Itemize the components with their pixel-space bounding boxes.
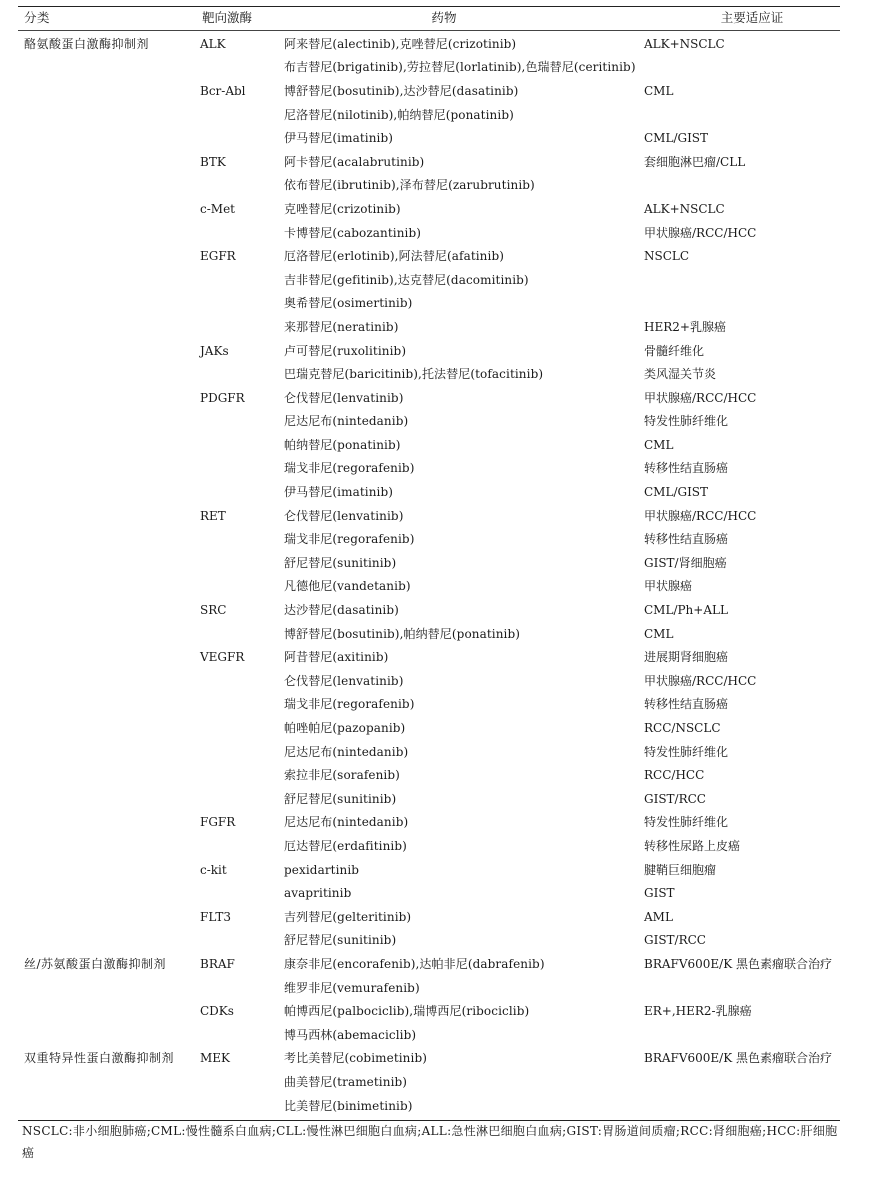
table-row: 来那替尼(neratinib)HER2+乳腺癌 <box>18 315 840 339</box>
row-target-kinase: JAKs <box>200 345 284 357</box>
row-indication: 转移性结直肠癌 <box>644 698 840 710</box>
row-target-kinase: ALK <box>200 38 284 50</box>
table-row: 帕纳替尼(ponatinib)CML <box>18 433 840 457</box>
row-drug: 厄洛替尼(erlotinib),阿法替尼(afatinib) <box>284 250 644 262</box>
row-drug: pexidartinib <box>284 864 644 876</box>
table-row: 尼达尼布(nintedanib)特发性肺纤维化 <box>18 410 840 434</box>
row-drug: 帕纳替尼(ponatinib) <box>284 439 644 451</box>
row-indication: BRAFV600E/K 黑色素瘤联合治疗 <box>644 958 840 970</box>
table-row: VEGFR阿昔替尼(axitinib)进展期肾细胞癌 <box>18 645 840 669</box>
table-footnote: NSCLC:非小细胞肺癌;CML:慢性髓系白血病;CLL:慢性淋巴细胞白血病;A… <box>22 1120 842 1164</box>
row-drug: 帕唑帕尼(pazopanib) <box>284 722 644 734</box>
table-row: 博马西林(abemaciclib) <box>18 1023 840 1047</box>
row-drug: 舒尼替尼(sunitinib) <box>284 793 644 805</box>
table-row: 瑞戈非尼(regorafenib)转移性结直肠癌 <box>18 527 840 551</box>
row-drug: 阿昔替尼(axitinib) <box>284 651 644 663</box>
table-row: JAKs卢可替尼(ruxolitinib)骨髓纤维化 <box>18 339 840 363</box>
row-indication: GIST <box>644 887 840 899</box>
row-drug: 吉列替尼(gelteritinib) <box>284 911 644 923</box>
row-target-kinase: MEK <box>200 1052 284 1064</box>
header-category: 分类 <box>18 12 200 25</box>
row-drug: 阿卡替尼(acalabrutinib) <box>284 156 644 168</box>
row-drug: 维罗非尼(vemurafenib) <box>284 982 644 994</box>
row-indication: GIST/RCC <box>644 793 840 805</box>
row-indication: AML <box>644 911 840 923</box>
row-drug: 依布替尼(ibrutinib),泽布替尼(zarubrutinib) <box>284 179 644 191</box>
row-drug: 仑伐替尼(lenvatinib) <box>284 392 644 404</box>
row-drug: 舒尼替尼(sunitinib) <box>284 934 644 946</box>
row-indication: 甲状腺癌/RCC/HCC <box>644 227 840 239</box>
row-drug: 博舒替尼(bosutinib),达沙替尼(dasatinib) <box>284 85 644 97</box>
table-row: 吉非替尼(gefitinib),达克替尼(dacomitinib) <box>18 268 840 292</box>
table-row: 依布替尼(ibrutinib),泽布替尼(zarubrutinib) <box>18 174 840 198</box>
row-indication: CML/GIST <box>644 486 840 498</box>
row-drug: 达沙替尼(dasatinib) <box>284 604 644 616</box>
table-body: 酪氨酸蛋白激酶抑制剂ALK阿来替尼(alectinib),克唑替尼(crizot… <box>18 31 840 1120</box>
row-target-kinase: FLT3 <box>200 911 284 923</box>
table-row: 布吉替尼(brigatinib),劳拉替尼(lorlatinib),色瑞替尼(c… <box>18 56 840 80</box>
table-row: SRC达沙替尼(dasatinib)CML/Ph+ALL <box>18 598 840 622</box>
row-indication: 特发性肺纤维化 <box>644 816 840 828</box>
row-drug: 比美替尼(binimetinib) <box>284 1100 644 1112</box>
header-indication: 主要适应证 <box>644 12 840 25</box>
table-row: BTK阿卡替尼(acalabrutinib)套细胞淋巴瘤/CLL <box>18 150 840 174</box>
row-drug: 瑞戈非尼(regorafenib) <box>284 698 644 710</box>
row-drug: 曲美替尼(trametinib) <box>284 1076 644 1088</box>
row-category: 酪氨酸蛋白激酶抑制剂 <box>18 38 200 50</box>
row-drug: 考比美替尼(cobimetinib) <box>284 1052 644 1064</box>
header-target-kinase: 靶向激酶 <box>200 12 284 25</box>
row-drug: 吉非替尼(gefitinib),达克替尼(dacomitinib) <box>284 274 644 286</box>
row-category: 双重特异性蛋白激酶抑制剂 <box>18 1052 200 1064</box>
row-drug: 布吉替尼(brigatinib),劳拉替尼(lorlatinib),色瑞替尼(c… <box>284 61 644 73</box>
table-row: 比美替尼(binimetinib) <box>18 1094 840 1118</box>
table-row: 曲美替尼(trametinib) <box>18 1070 840 1094</box>
row-indication: CML <box>644 85 840 97</box>
row-drug: 卡博替尼(cabozantinib) <box>284 227 644 239</box>
table-row: 奥希替尼(osimertinib) <box>18 292 840 316</box>
table-row: 维罗非尼(vemurafenib) <box>18 976 840 1000</box>
table-row: 帕唑帕尼(pazopanib)RCC/NSCLC <box>18 716 840 740</box>
row-drug: 巴瑞克替尼(baricitinib),托法替尼(tofacitinib) <box>284 368 644 380</box>
row-indication: 甲状腺癌 <box>644 580 840 592</box>
table-header-row: 分类 靶向激酶 药物 主要适应证 <box>18 7 840 30</box>
row-drug: 瑞戈非尼(regorafenib) <box>284 533 644 545</box>
row-indication: 转移性结直肠癌 <box>644 462 840 474</box>
row-target-kinase: SRC <box>200 604 284 616</box>
row-indication: CML <box>644 439 840 451</box>
kinase-inhibitor-table: 分类 靶向激酶 药物 主要适应证 酪氨酸蛋白激酶抑制剂ALK阿来替尼(alect… <box>18 6 840 1121</box>
table-row: 卡博替尼(cabozantinib)甲状腺癌/RCC/HCC <box>18 221 840 245</box>
row-drug: 索拉非尼(sorafenib) <box>284 769 644 781</box>
row-indication: BRAFV600E/K 黑色素瘤联合治疗 <box>644 1052 840 1064</box>
row-drug: 康奈非尼(encorafenib),达帕非尼(dabrafenib) <box>284 958 644 970</box>
table-row: 厄达替尼(erdafitinib)转移性尿路上皮癌 <box>18 834 840 858</box>
row-indication: RCC/HCC <box>644 769 840 781</box>
row-drug: 仑伐替尼(lenvatinib) <box>284 510 644 522</box>
row-indication: 特发性肺纤维化 <box>644 746 840 758</box>
row-indication: 甲状腺癌/RCC/HCC <box>644 675 840 687</box>
row-indication: 骨髓纤维化 <box>644 345 840 357</box>
row-drug: 博舒替尼(bosutinib),帕纳替尼(ponatinib) <box>284 628 644 640</box>
header-drug: 药物 <box>284 12 644 25</box>
row-indication: NSCLC <box>644 250 840 262</box>
row-drug: 尼达尼布(nintedanib) <box>284 415 644 427</box>
row-indication: 套细胞淋巴瘤/CLL <box>644 156 840 168</box>
row-indication: 转移性结直肠癌 <box>644 533 840 545</box>
table-row: FGFR尼达尼布(nintedanib)特发性肺纤维化 <box>18 811 840 835</box>
row-indication: CML/Ph+ALL <box>644 604 840 616</box>
table-row: 仑伐替尼(lenvatinib)甲状腺癌/RCC/HCC <box>18 669 840 693</box>
row-drug: 舒尼替尼(sunitinib) <box>284 557 644 569</box>
row-target-kinase: VEGFR <box>200 651 284 663</box>
row-target-kinase: CDKs <box>200 1005 284 1017</box>
row-indication: 进展期肾细胞癌 <box>644 651 840 663</box>
row-indication: 腱鞘巨细胞瘤 <box>644 864 840 876</box>
row-drug: 伊马替尼(imatinib) <box>284 132 644 144</box>
table-row: c-Met克唑替尼(crizotinib)ALK+NSCLC <box>18 197 840 221</box>
table-row: 舒尼替尼(sunitinib)GIST/肾细胞癌 <box>18 551 840 575</box>
table-row: 丝/苏氨酸蛋白激酶抑制剂BRAF康奈非尼(encorafenib),达帕非尼(d… <box>18 952 840 976</box>
row-drug: 奥希替尼(osimertinib) <box>284 297 644 309</box>
table-row: 瑞戈非尼(regorafenib)转移性结直肠癌 <box>18 457 840 481</box>
table-row: CDKs帕博西尼(palbociclib),瑞博西尼(ribociclib)ER… <box>18 999 840 1023</box>
table-row: 舒尼替尼(sunitinib)GIST/RCC <box>18 929 840 953</box>
row-drug: 帕博西尼(palbociclib),瑞博西尼(ribociclib) <box>284 1005 644 1017</box>
table-row: c-kitpexidartinib腱鞘巨细胞瘤 <box>18 858 840 882</box>
row-target-kinase: BRAF <box>200 958 284 970</box>
row-indication: ER+,HER2-乳腺癌 <box>644 1005 840 1017</box>
row-indication: CML/GIST <box>644 132 840 144</box>
row-indication: GIST/RCC <box>644 934 840 946</box>
table-row: RET仑伐替尼(lenvatinib)甲状腺癌/RCC/HCC <box>18 504 840 528</box>
row-drug: 尼洛替尼(nilotinib),帕纳替尼(ponatinib) <box>284 109 644 121</box>
table-row: avapritinibGIST <box>18 881 840 905</box>
table-row: EGFR厄洛替尼(erlotinib),阿法替尼(afatinib)NSCLC <box>18 244 840 268</box>
row-drug: 卢可替尼(ruxolitinib) <box>284 345 644 357</box>
table-row: 尼洛替尼(nilotinib),帕纳替尼(ponatinib) <box>18 103 840 127</box>
row-drug: 博马西林(abemaciclib) <box>284 1029 644 1041</box>
row-target-kinase: Bcr-Abl <box>200 85 284 97</box>
row-drug: 厄达替尼(erdafitinib) <box>284 840 644 852</box>
row-indication: ALK+NSCLC <box>644 203 840 215</box>
row-indication: 甲状腺癌/RCC/HCC <box>644 510 840 522</box>
row-target-kinase: c-kit <box>200 864 284 876</box>
row-target-kinase: FGFR <box>200 816 284 828</box>
row-indication: 转移性尿路上皮癌 <box>644 840 840 852</box>
row-drug: 尼达尼布(nintedanib) <box>284 746 644 758</box>
table-row: 伊马替尼(imatinib)CML/GIST <box>18 126 840 150</box>
row-target-kinase: EGFR <box>200 250 284 262</box>
table-row: 伊马替尼(imatinib)CML/GIST <box>18 480 840 504</box>
row-target-kinase: PDGFR <box>200 392 284 404</box>
row-category: 丝/苏氨酸蛋白激酶抑制剂 <box>18 958 200 970</box>
table-row: FLT3吉列替尼(gelteritinib)AML <box>18 905 840 929</box>
row-target-kinase: BTK <box>200 156 284 168</box>
row-indication: HER2+乳腺癌 <box>644 321 840 333</box>
table-row: 尼达尼布(nintedanib)特发性肺纤维化 <box>18 740 840 764</box>
row-indication: RCC/NSCLC <box>644 722 840 734</box>
row-indication: 类风湿关节炎 <box>644 368 840 380</box>
table-row: 双重特异性蛋白激酶抑制剂MEK考比美替尼(cobimetinib)BRAFV60… <box>18 1047 840 1071</box>
row-indication: 甲状腺癌/RCC/HCC <box>644 392 840 404</box>
row-drug: 伊马替尼(imatinib) <box>284 486 644 498</box>
row-target-kinase: c-Met <box>200 203 284 215</box>
row-target-kinase: RET <box>200 510 284 522</box>
table-row: 酪氨酸蛋白激酶抑制剂ALK阿来替尼(alectinib),克唑替尼(crizot… <box>18 32 840 56</box>
row-drug: 阿来替尼(alectinib),克唑替尼(crizotinib) <box>284 38 644 50</box>
row-drug: 来那替尼(neratinib) <box>284 321 644 333</box>
table-row: 巴瑞克替尼(baricitinib),托法替尼(tofacitinib)类风湿关… <box>18 362 840 386</box>
table-row: PDGFR仑伐替尼(lenvatinib)甲状腺癌/RCC/HCC <box>18 386 840 410</box>
table-row: 索拉非尼(sorafenib)RCC/HCC <box>18 763 840 787</box>
row-indication: 特发性肺纤维化 <box>644 415 840 427</box>
table-row: 凡德他尼(vandetanib)甲状腺癌 <box>18 575 840 599</box>
row-drug: 仑伐替尼(lenvatinib) <box>284 675 644 687</box>
row-drug: 瑞戈非尼(regorafenib) <box>284 462 644 474</box>
row-drug: 克唑替尼(crizotinib) <box>284 203 644 215</box>
row-drug: 尼达尼布(nintedanib) <box>284 816 644 828</box>
table-row: 博舒替尼(bosutinib),帕纳替尼(ponatinib)CML <box>18 622 840 646</box>
row-drug: 凡德他尼(vandetanib) <box>284 580 644 592</box>
row-indication: GIST/肾细胞癌 <box>644 557 840 569</box>
row-drug: avapritinib <box>284 887 644 899</box>
row-indication: ALK+NSCLC <box>644 38 840 50</box>
table-row: 舒尼替尼(sunitinib)GIST/RCC <box>18 787 840 811</box>
table-row: Bcr-Abl博舒替尼(bosutinib),达沙替尼(dasatinib)CM… <box>18 79 840 103</box>
table-row: 瑞戈非尼(regorafenib)转移性结直肠癌 <box>18 693 840 717</box>
row-indication: CML <box>644 628 840 640</box>
